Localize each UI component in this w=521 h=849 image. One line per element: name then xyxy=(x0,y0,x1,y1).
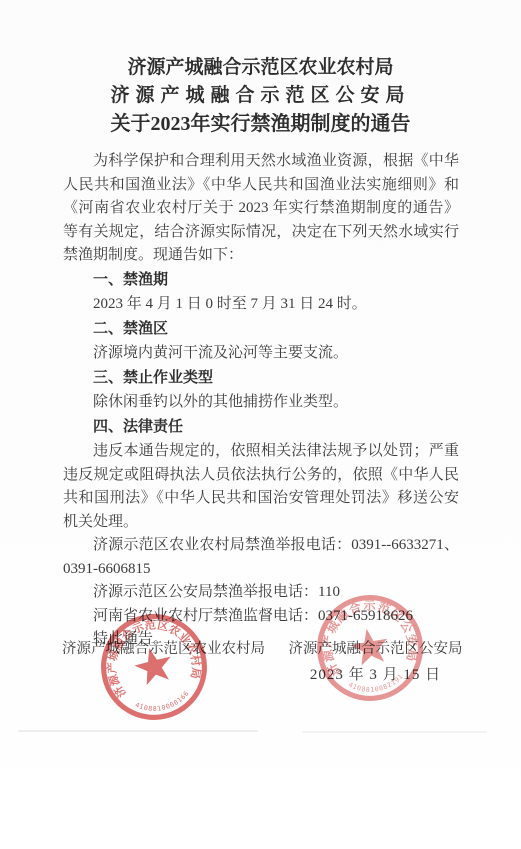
section-2-heading: 二、禁渔区 xyxy=(63,318,459,342)
hotline-agriculture: 济源示范区农业农村局禁渔举报电话：0391--6633271、0391-6606… xyxy=(63,534,459,581)
scan-artifact xyxy=(302,731,487,733)
section-3-body: 除休闲垂钓以外的其他捕捞作业类型。 xyxy=(63,391,459,415)
title-line-3: 关于2023年实行禁渔期制度的通告 xyxy=(0,110,521,138)
section-1-body: 2023 年 4 月 1 日 0 时至 7 月 31 日 24 时。 xyxy=(63,293,459,317)
section-1-heading: 一、禁渔期 xyxy=(63,269,459,293)
notice-body: 为科学保护和合理利用天然水域渔业资源，根据《中华人民共和国渔业法》《中华人民共和… xyxy=(63,150,459,652)
notice-title: 济源产城融合示范区农业农村局 济源产城融合示范区公安局 关于2023年实行禁渔期… xyxy=(0,54,521,138)
hotline-province: 河南省农业农村厅禁渔监督电话：0371-65918626 xyxy=(63,605,459,629)
section-4-heading: 四、法律责任 xyxy=(63,416,459,440)
title-line-1: 济源产城融合示范区农业农村局 xyxy=(0,54,521,82)
hotline-police: 济源示范区公安局禁渔举报电话：110 xyxy=(63,581,459,605)
section-4-body: 违反本通告规定的，依照相关法律法规予以处罚；严重违反规定或阻碍执法人员依法执行公… xyxy=(63,440,459,534)
section-2-body: 济源境内黄河干流及沁河等主要支流。 xyxy=(63,342,459,366)
seal-code-left: 4108810000166 xyxy=(132,688,193,719)
section-3-heading: 三、禁止作业类型 xyxy=(63,367,459,391)
svg-text:4108810000166: 4108810000166 xyxy=(132,688,193,719)
title-line-2: 济源产城融合示范区公安局 xyxy=(0,82,521,110)
intro-paragraph: 为科学保护和合理利用天然水域渔业资源，根据《中华人民共和国渔业法》《中华人民共和… xyxy=(63,150,459,268)
signature-right-block: 济源产城融合示范区公安局 2023 年 3 月 15 日 xyxy=(288,637,463,684)
signature-left-org: 济源产城融合示范区农业农村局 xyxy=(62,637,265,658)
scan-artifact xyxy=(18,730,258,732)
notice-document: 济源产城融合示范区农业农村局 济源产城融合示范区公安局 关于2023年实行禁渔期… xyxy=(0,0,521,849)
signature-date: 2023 年 3 月 15 日 xyxy=(288,663,463,684)
signature-right-org: 济源产城融合示范区公安局 xyxy=(288,637,463,658)
